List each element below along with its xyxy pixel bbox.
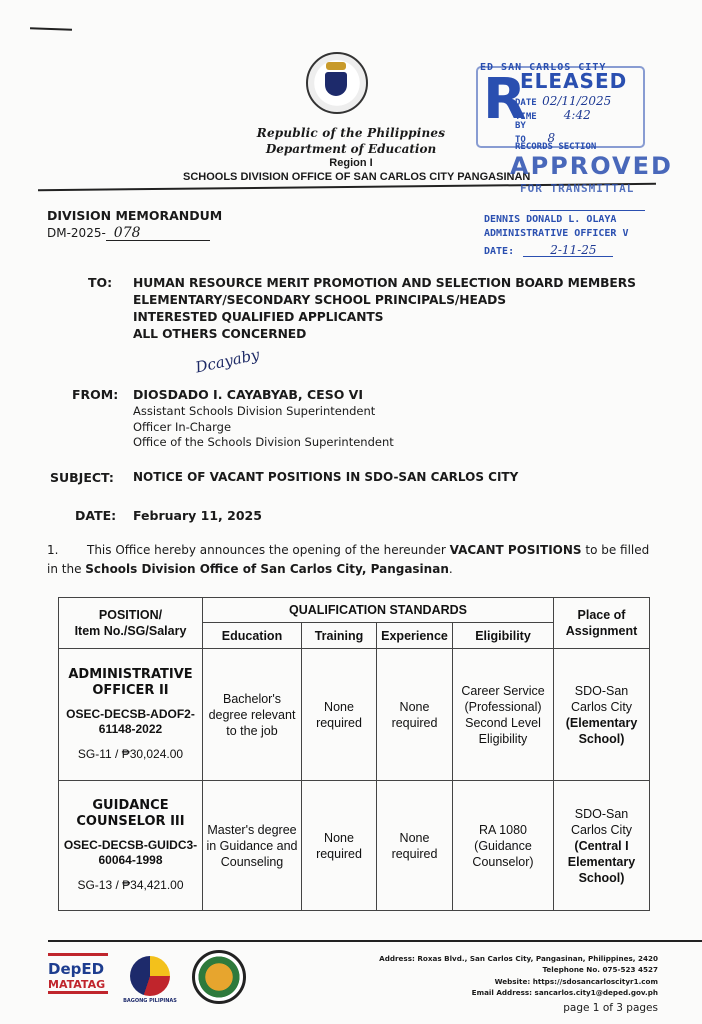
- stamp-date-value: 02/11/2025: [542, 94, 611, 108]
- header-experience: Experience: [377, 623, 453, 649]
- header-position: POSITION/ Item No./SG/Salary: [59, 598, 203, 649]
- eligibility-cell: RA 1080 (Guidance Counselor): [453, 781, 554, 911]
- page-number: page 1 of 3 pages: [563, 1002, 658, 1014]
- table-row: ADMINISTRATIVE OFFICER II OSEC-DECSB-ADO…: [59, 649, 650, 781]
- table-row: GUIDANCE COUNSELOR III OSEC-DECSB-GUIDC3…: [59, 781, 650, 911]
- memo-number-handwritten: 078: [106, 226, 210, 241]
- eligibility-cell: Career Service (Professional) Second Lev…: [453, 649, 554, 781]
- recipient: INTERESTED QUALIFIED APPLICANTS: [133, 309, 636, 326]
- logo-bar: [48, 953, 108, 956]
- salary-grade: SG-11 / ₱30,024.00: [62, 746, 199, 762]
- from-label: FROM:: [72, 387, 118, 402]
- scan-mark: [30, 27, 72, 30]
- paragraph-bold: VACANT POSITIONS: [450, 543, 582, 557]
- from-title: Office of the Schools Division Superinte…: [133, 435, 394, 451]
- header-education: Education: [203, 623, 302, 649]
- experience-cell: None required: [377, 781, 453, 911]
- place-school: (Central I Elementary School): [557, 838, 646, 886]
- contact-info: Address: Roxas Blvd., San Carlos City, P…: [379, 953, 658, 999]
- date-label: DATE:: [75, 508, 116, 523]
- from-name: DIOSDADO I. CAYABYAB, CESO VI: [133, 387, 363, 402]
- stamp-approved: APPROVED: [510, 152, 673, 180]
- header-position-sub: Item No./SG/Salary: [62, 623, 199, 639]
- stamp-officer-name: DENNIS DONALD L. OLAYA: [484, 214, 616, 225]
- experience-cell: None required: [377, 649, 453, 781]
- stamp-released: ELEASED: [520, 69, 627, 93]
- memo-type: DIVISION MEMORANDUM: [47, 208, 222, 223]
- telephone: Telephone No. 075-523 4527: [379, 964, 658, 975]
- header-position-label: POSITION/: [62, 607, 199, 623]
- deped-logo-text: DepED: [48, 960, 108, 978]
- paragraph-text: .: [449, 562, 453, 576]
- training-cell: None required: [302, 781, 377, 911]
- stamp-date-label: DATE: [515, 98, 537, 108]
- header-qualification: QUALIFICATION STANDARDS: [203, 598, 554, 623]
- header-training: Training: [302, 623, 377, 649]
- stamp-time-value: 4:42: [564, 108, 591, 122]
- sun-emblem-icon: [130, 956, 170, 996]
- vacant-positions-table: POSITION/ Item No./SG/Salary QUALIFICATI…: [58, 597, 650, 911]
- website: Website: https://sdosancarloscityr1.com: [379, 976, 658, 987]
- subject-label: SUBJECT:: [50, 470, 114, 485]
- stamp-officer-title: ADMINISTRATIVE OFFICER V: [484, 228, 629, 239]
- position-title: GUIDANCE COUNSELOR III: [62, 798, 199, 830]
- stamp-approval-date: DATE: 2-11-25: [484, 243, 597, 257]
- paragraph-text: This Office hereby announces the opening…: [87, 543, 450, 557]
- shield-icon: [325, 72, 347, 96]
- email: Email Address: sancarlos.city1@deped.gov…: [379, 987, 658, 998]
- signature: Dcayaby: [194, 345, 261, 376]
- place-cell: SDO-San Carlos City (Elementary School): [554, 649, 650, 781]
- stamp-by-label: BY: [515, 121, 526, 131]
- stamp-records-section: RECORDS SECTION: [515, 142, 596, 152]
- place-text: SDO-San Carlos City: [557, 683, 646, 715]
- address: Address: Roxas Blvd., San Carlos City, P…: [379, 953, 658, 964]
- position-cell: ADMINISTRATIVE OFFICER II OSEC-DECSB-ADO…: [59, 649, 203, 781]
- item-number: OSEC-DECSB-ADOF2-61148-2022: [62, 707, 199, 737]
- matatag-logo-text: MATATAG: [48, 978, 108, 991]
- stamp-approval-date-value: 2-11-25: [550, 243, 596, 257]
- memo-number: DM-2025-078: [47, 226, 210, 241]
- paragraph-number: 1.: [47, 541, 87, 560]
- training-cell: None required: [302, 649, 377, 781]
- place-school: (Elementary School): [557, 715, 646, 747]
- stamp-approval-date-label: DATE:: [484, 246, 514, 257]
- logo-bar: [48, 991, 108, 994]
- sdo-san-carlos-seal-logo: [192, 950, 246, 1004]
- header-eligibility: Eligibility: [453, 623, 554, 649]
- from-titles: Assistant Schools Division Superintenden…: [133, 404, 394, 451]
- footer-divider: [48, 940, 702, 942]
- paragraph-1: 1.This Office hereby announces the openi…: [47, 541, 662, 579]
- memo-date: February 11, 2025: [133, 508, 262, 523]
- bagong-pilipinas-logo: BAGONG PILIPINAS: [122, 952, 178, 1010]
- from-title: Assistant Schools Division Superintenden…: [133, 404, 394, 420]
- from-title: Officer In-Charge: [133, 420, 394, 436]
- stamp-date-row: DATE 02/11/2025: [515, 94, 611, 108]
- to-label: TO:: [88, 275, 112, 290]
- item-number: OSEC-DECSB-GUIDC3-60064-1998: [62, 838, 199, 868]
- salary-grade: SG-13 / ₱34,421.00: [62, 877, 199, 893]
- stamp-date-underline: [523, 256, 613, 257]
- memo-number-prefix: DM-2025-: [47, 226, 106, 240]
- place-text: SDO-San Carlos City: [557, 806, 646, 838]
- torch-icon: [326, 62, 346, 70]
- recipient: ELEMENTARY/SECONDARY SCHOOL PRINCIPALS/H…: [133, 292, 636, 309]
- education-cell: Master's degree in Guidance and Counseli…: [203, 781, 302, 911]
- stamp-signature-line: [530, 210, 645, 211]
- bagong-pilipinas-text: BAGONG PILIPINAS: [122, 998, 178, 1004]
- deped-matatag-logo: DepED MATATAG: [48, 953, 108, 1009]
- paragraph-bold: Schools Division Office of San Carlos Ci…: [85, 562, 449, 576]
- subject: NOTICE OF VACANT POSITIONS IN SDO-SAN CA…: [133, 470, 518, 484]
- to-recipients: HUMAN RESOURCE MERIT PROMOTION AND SELEC…: [133, 275, 636, 343]
- recipient: HUMAN RESOURCE MERIT PROMOTION AND SELEC…: [133, 275, 636, 292]
- stamp-time-row: TIME 4:42: [515, 108, 591, 122]
- education-cell: Bachelor's degree relevant to the job: [203, 649, 302, 781]
- deped-seal-logo: [306, 52, 368, 114]
- recipient: ALL OTHERS CONCERNED: [133, 326, 636, 343]
- place-cell: SDO-San Carlos City (Central I Elementar…: [554, 781, 650, 911]
- position-cell: GUIDANCE COUNSELOR III OSEC-DECSB-GUIDC3…: [59, 781, 203, 911]
- header-place: Place of Assignment: [554, 598, 650, 649]
- stamp-for-transmittal: FOR TRANSMITTAL: [520, 182, 634, 195]
- table-header-row: POSITION/ Item No./SG/Salary QUALIFICATI…: [59, 598, 650, 623]
- position-title: ADMINISTRATIVE OFFICER II: [62, 667, 199, 699]
